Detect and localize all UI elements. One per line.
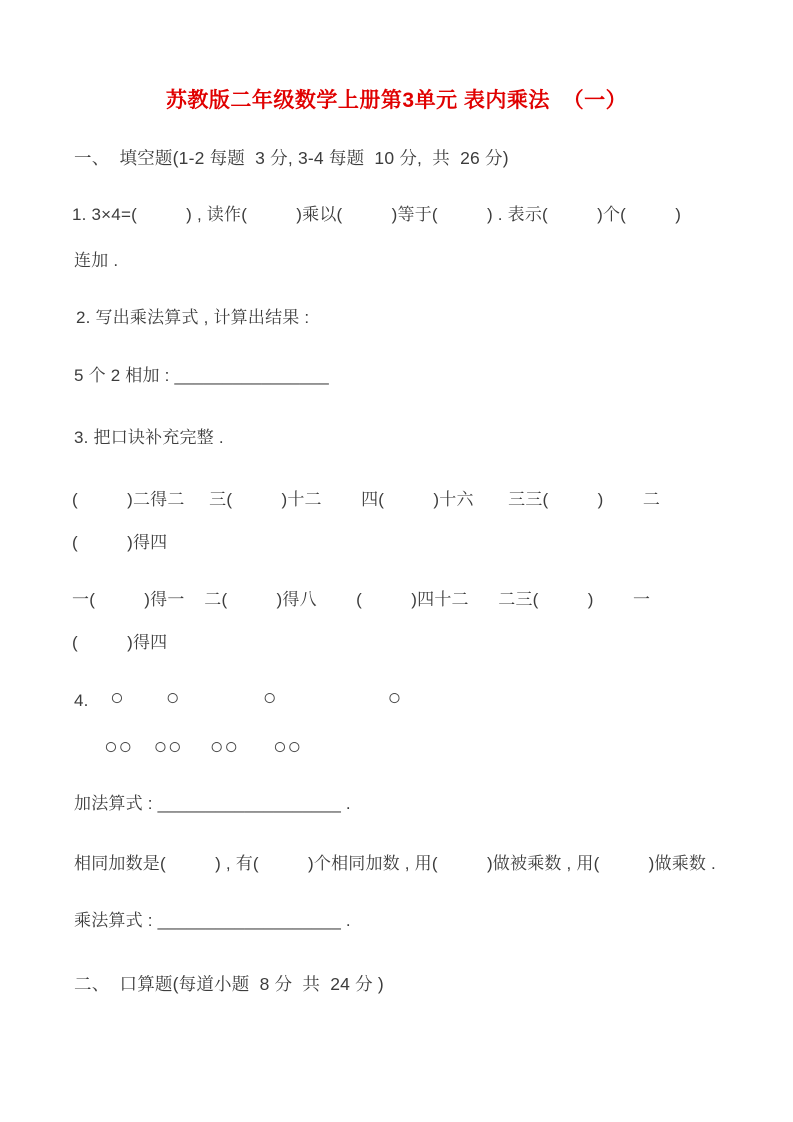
question4-multiplication-blank: 乘法算式 : ___________________ . [74,910,351,932]
question3-row1-line2: ( )得四 [72,532,167,554]
question2-prompt: 2. 写出乘法算式 , 计算出结果 : [76,307,314,329]
question3-row2-line2: ( )得四 [72,632,167,654]
question4-circles-row2: ○○ ○○ ○○ ○○ [104,733,302,759]
question4-statement: 相同加数是( ) , 有( )个相同加数 , 用( )做被乘数 , 用( )做乘… [74,853,716,875]
question4-number: 4. [74,690,89,712]
question4-addition-blank: 加法算式 : ___________________ . [74,793,351,815]
worksheet-page: 苏教版二年级数学上册第3单元 表内乘法 （一） 一、 填空题(1-2 每题 3 … [0,0,793,1122]
question2-fill-blank: 5 个 2 相加 : ________________ [74,365,329,387]
page-title: 苏教版二年级数学上册第3单元 表内乘法 （一） [0,84,793,114]
question3-row1-line1: ( )二得二 三( )十二 四( )十六 三三( ) 二 [72,489,660,511]
question1-text-line2: 连加 . [74,250,118,272]
question4-circles-row1: ○ ○ ○ ○ [110,684,402,710]
section2-header: 二、 口算题(每道小题 8 分 共 24 分 ) [74,973,384,995]
section1-header: 一、 填空题(1-2 每题 3 分, 3-4 每题 10 分, 共 26 分) [74,147,509,169]
question1-text-line1: 1. 3×4=( ) , 读作( )乘以( )等于( ) . 表示( )个( ) [72,204,681,226]
question3-prompt: 3. 把口诀补充完整 . [74,427,224,449]
question3-row2-line1: 一( )得一 二( )得八 ( )四十二 二三( ) 一 [72,589,650,611]
